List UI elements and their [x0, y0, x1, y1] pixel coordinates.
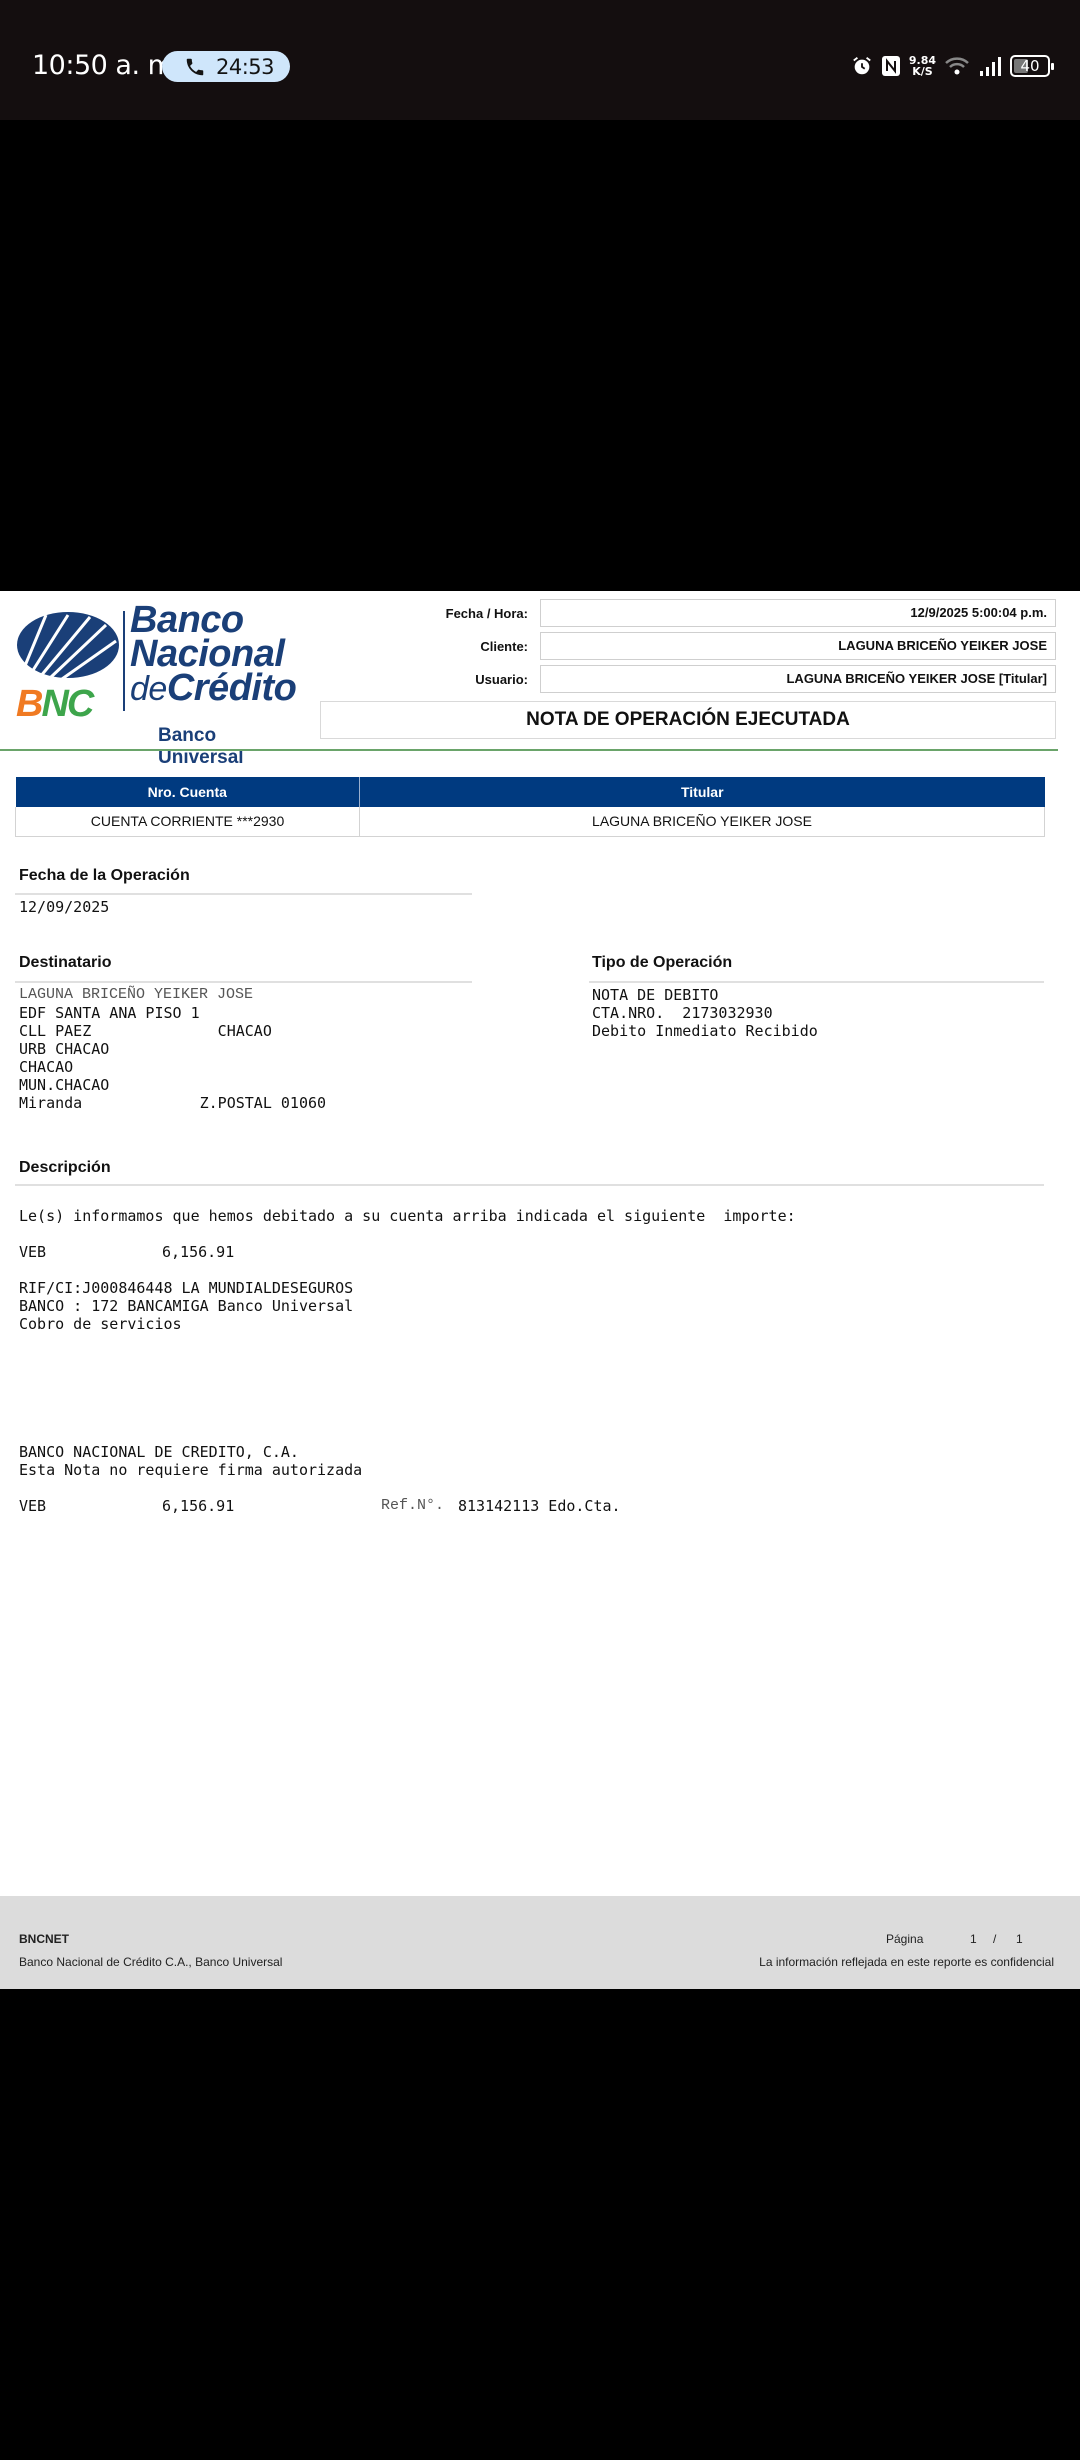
destinatario-line: URB CHACAO	[19, 1040, 109, 1058]
bank-name-logo: Banco Nacional deCrédito	[130, 603, 296, 706]
call-duration: 24:53	[216, 55, 274, 79]
cell-holder: LAGUNA BRICEÑO YEIKER JOSE	[360, 807, 1045, 836]
destinatario-line: CLL PAEZ CHACAO	[19, 1022, 272, 1040]
status-bar: 10:50 a. m. 24:53 9.84 K/S 40	[0, 0, 1080, 120]
detail-line: RIF/CI:J000846448 LA MUNDIALDESEGUROS	[19, 1279, 353, 1297]
battery-icon: 40	[1010, 55, 1050, 77]
tipo-operacion-line: CTA.NRO. 2173032930	[592, 1004, 773, 1022]
usuario-value: LAGUNA BRICEÑO YEIKER JOSE [Titular]	[540, 665, 1056, 693]
signal-icon	[978, 55, 1002, 77]
account-table: Nro. Cuenta Titular CUENTA CORRIENTE ***…	[15, 777, 1045, 837]
cell-account: CUENTA CORRIENTE ***2930	[16, 807, 360, 836]
cliente-row: Cliente: LAGUNA BRICEÑO YEIKER JOSE	[360, 632, 1056, 660]
destinatario-name: LAGUNA BRICEÑO YEIKER JOSE	[19, 986, 253, 1004]
descripcion-intro: Le(s) informamos que hemos debitado a su…	[19, 1207, 796, 1225]
destinatario-line: Miranda Z.POSTAL 01060	[19, 1094, 326, 1112]
document-footer: BNCNET Banco Nacional de Crédito C.A., B…	[0, 1896, 1080, 1989]
wifi-icon	[944, 55, 970, 77]
destinatario-title: Destinatario	[19, 954, 111, 972]
signature-note: Esta Nota no requiere firma autorizada	[19, 1461, 362, 1479]
amount-value-summary: 6,156.91	[162, 1497, 234, 1515]
ref-number: 813142113 Edo.Cta.	[458, 1497, 621, 1515]
operation-note-document: BNC Banco Nacional deCrédito Banco Unive…	[0, 591, 1080, 1989]
network-speed: 9.84 K/S	[909, 55, 936, 77]
amount-currency-summary: VEB	[19, 1497, 46, 1515]
tipo-operacion-title: Tipo de Operación	[592, 954, 732, 972]
tipo-operacion-line: Debito Inmediato Recibido	[592, 1022, 818, 1040]
col-nro-cuenta: Nro. Cuenta	[16, 777, 360, 807]
col-titular: Titular	[360, 777, 1045, 807]
ref-label: Ref.N°.	[381, 1497, 444, 1515]
footer-confidential: La información reflejada en este reporte…	[759, 1955, 1054, 1969]
alarm-icon	[851, 55, 873, 77]
detail-line: BANCO : 172 BANCAMIGA Banco Universal	[19, 1297, 353, 1315]
destinatario-line: EDF SANTA ANA PISO 1	[19, 1004, 200, 1022]
table-row: CUENTA CORRIENTE ***2930 LAGUNA BRICEÑO …	[16, 807, 1045, 836]
clock: 10:50 a. m.	[32, 50, 182, 81]
logo-subtitle: Banco Universal	[158, 725, 304, 769]
bnc-logo: BNC Banco Nacional deCrédito Banco Unive…	[14, 603, 304, 733]
footer-page-current: 1	[970, 1932, 977, 1946]
usuario-row: Usuario: LAGUNA BRICEÑO YEIKER JOSE [Tit…	[360, 665, 1056, 693]
amount-currency: VEB	[19, 1243, 46, 1261]
fecha-operacion-title: Fecha de la Operación	[19, 867, 190, 885]
bnc-globe-icon	[16, 611, 120, 681]
tipo-operacion-line: NOTA DE DEBITO	[592, 986, 718, 1004]
descripcion-title: Descripción	[19, 1159, 111, 1177]
amount-value: 6,156.91	[162, 1243, 234, 1261]
document-title: NOTA DE OPERACIÓN EJECUTADA	[320, 701, 1056, 739]
header-divider	[0, 749, 1058, 751]
fecha-hora-row: Fecha / Hora: 12/9/2025 5:00:04 p.m.	[360, 599, 1056, 627]
destinatario-line: MUN.CHACAO	[19, 1076, 109, 1094]
bank-legal-name: BANCO NACIONAL DE CREDITO, C.A.	[19, 1443, 299, 1461]
footer-page-total: 1	[1016, 1932, 1023, 1946]
fecha-operacion-value: 12/09/2025	[19, 898, 109, 916]
footer-company: Banco Nacional de Crédito C.A., Banco Un…	[19, 1955, 282, 1969]
destinatario-line: CHACAO	[19, 1058, 73, 1076]
footer-page-sep: /	[993, 1932, 996, 1946]
phone-icon	[184, 56, 206, 78]
detail-line: Cobro de servicios	[19, 1315, 182, 1333]
cliente-value: LAGUNA BRICEÑO YEIKER JOSE	[540, 632, 1056, 660]
fecha-hora-value: 12/9/2025 5:00:04 p.m.	[540, 599, 1056, 627]
bnc-letters: BNC	[16, 683, 92, 726]
footer-app-name: BNCNET	[19, 1932, 69, 1946]
nfc-icon	[881, 55, 901, 77]
ongoing-call-chip[interactable]: 24:53	[162, 51, 290, 82]
footer-page-label: Página	[886, 1932, 923, 1946]
